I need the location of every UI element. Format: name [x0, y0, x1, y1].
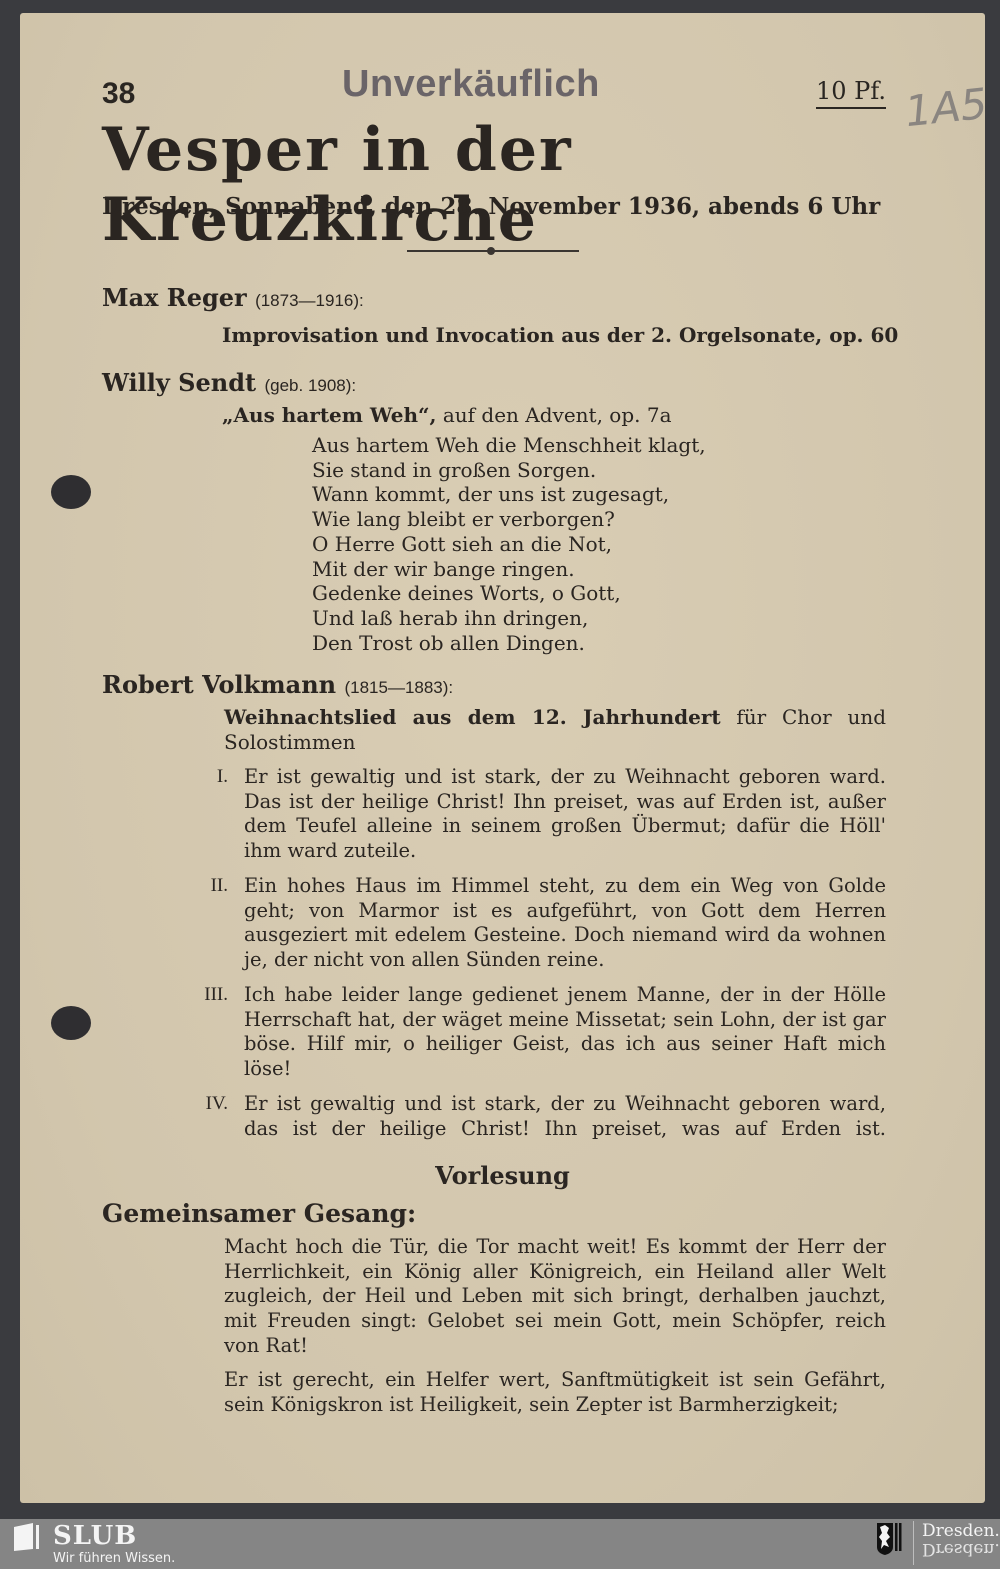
verse-number: II.	[180, 874, 228, 899]
document-page: 38 Unverkäuflich 10 Pf. 1A5 Vesper in de…	[20, 13, 985, 1503]
work-title: Improvisation und Invocation aus der 2. …	[222, 323, 898, 347]
slub-tagline: Wir führen Wissen.	[53, 1551, 175, 1566]
dresden-coat-of-arms-icon	[877, 1523, 903, 1555]
poem-line: Und laß herab ihn dringen,	[312, 606, 706, 631]
poem-line: Gedenke deines Worts, o Gott,	[312, 581, 706, 606]
poem-line: Mit der wir bange ringen.	[312, 557, 706, 582]
work-title-main: Weihnachtslied aus dem 12. Jahrhundert	[224, 705, 721, 729]
composer-dates: (1873—1916):	[255, 291, 364, 310]
verse: III. Ich habe leider lange gedienet jene…	[180, 983, 886, 1081]
poem-text: Aus hartem Weh die Menschheit klagt, Sie…	[312, 433, 706, 655]
slub-logo-text[interactable]: SLUB	[53, 1521, 137, 1551]
verse: II. Ein hohes Haus im Himmel steht, zu d…	[180, 874, 886, 972]
work-title-main: „Aus hartem Weh“,	[222, 403, 436, 427]
verse: I. Er ist gewaltig und ist stark, der zu…	[180, 765, 886, 863]
poem-line: O Herre Gott sieh an die Not,	[312, 532, 706, 557]
hymn-heading: Gemeinsamer Gesang:	[102, 1199, 416, 1228]
footer-separator	[913, 1521, 914, 1565]
hymn-paragraph: Er ist gerecht, ein Helfer wert, Sanftmü…	[224, 1368, 886, 1417]
ornamental-divider	[407, 250, 579, 252]
dresden-logo-text: Dresden.	[922, 1521, 1000, 1541]
slub-book-icon	[14, 1523, 40, 1551]
verse-number: III.	[180, 983, 228, 1008]
composer-dates: (1815—1883):	[344, 678, 453, 697]
poem-line: Den Trost ob allen Dingen.	[312, 631, 706, 656]
composer-heading: Robert Volkmann (1815—1883):	[102, 670, 453, 699]
verse-text: Ein hohes Haus im Himmel steht, zu dem e…	[244, 874, 886, 972]
document-title: Vesper in der Kreuzkirche	[102, 115, 985, 255]
poem-line: Aus hartem Weh die Menschheit klagt,	[312, 433, 706, 458]
composer-name: Robert Volkmann	[102, 670, 336, 699]
hymn-paragraph: Macht hoch die Tür, die Tor macht weit! …	[224, 1235, 886, 1359]
composer-dates: (geb. 1908):	[264, 376, 356, 395]
composer-heading: Max Reger (1873—1916):	[102, 283, 364, 312]
punch-hole	[51, 1006, 91, 1040]
punch-hole	[51, 475, 91, 509]
verse-number: IV.	[180, 1092, 228, 1117]
page-number: 38	[102, 77, 135, 111]
verse-text: Er ist gewaltig und ist stark, der zu We…	[244, 765, 886, 863]
footer-bar: SLUB Wir führen Wissen. Dresden. Dresden…	[0, 1519, 1000, 1569]
verse-text: Er ist gewaltig und ist stark, der zu We…	[244, 1092, 886, 1141]
dresden-logo-mirror: Dresden.	[922, 1540, 1000, 1557]
work-title-rest: auf den Advent, op. 7a	[436, 403, 671, 427]
dresden-logo[interactable]: Dresden. Dresden.	[922, 1523, 1000, 1557]
work-title: „Aus hartem Weh“, auf den Advent, op. 7a	[222, 403, 672, 427]
poem-line: Wann kommt, der uns ist zugesagt,	[312, 482, 706, 507]
composer-name: Willy Sendt	[102, 368, 256, 397]
reading-heading: Vorlesung	[20, 1161, 985, 1190]
composer-name: Max Reger	[102, 283, 247, 312]
unverkaeuflich-stamp: Unverkäuflich	[342, 63, 600, 106]
work-title: Weihnachtslied aus dem 12. Jahrhundert f…	[224, 705, 886, 755]
poem-line: Wie lang bleibt er verborgen?	[312, 507, 706, 532]
verse: IV. Er ist gewaltig und ist stark, der z…	[180, 1092, 886, 1141]
price-label: 10 Pf.	[816, 77, 886, 109]
document-subtitle: Dresden, Sonnabend, den 28. November 193…	[102, 193, 880, 220]
composer-heading: Willy Sendt (geb. 1908):	[102, 368, 356, 397]
verse-number: I.	[180, 765, 228, 790]
poem-line: Sie stand in großen Sorgen.	[312, 458, 706, 483]
verse-text: Ich habe leider lange gedienet jenem Man…	[244, 983, 886, 1081]
